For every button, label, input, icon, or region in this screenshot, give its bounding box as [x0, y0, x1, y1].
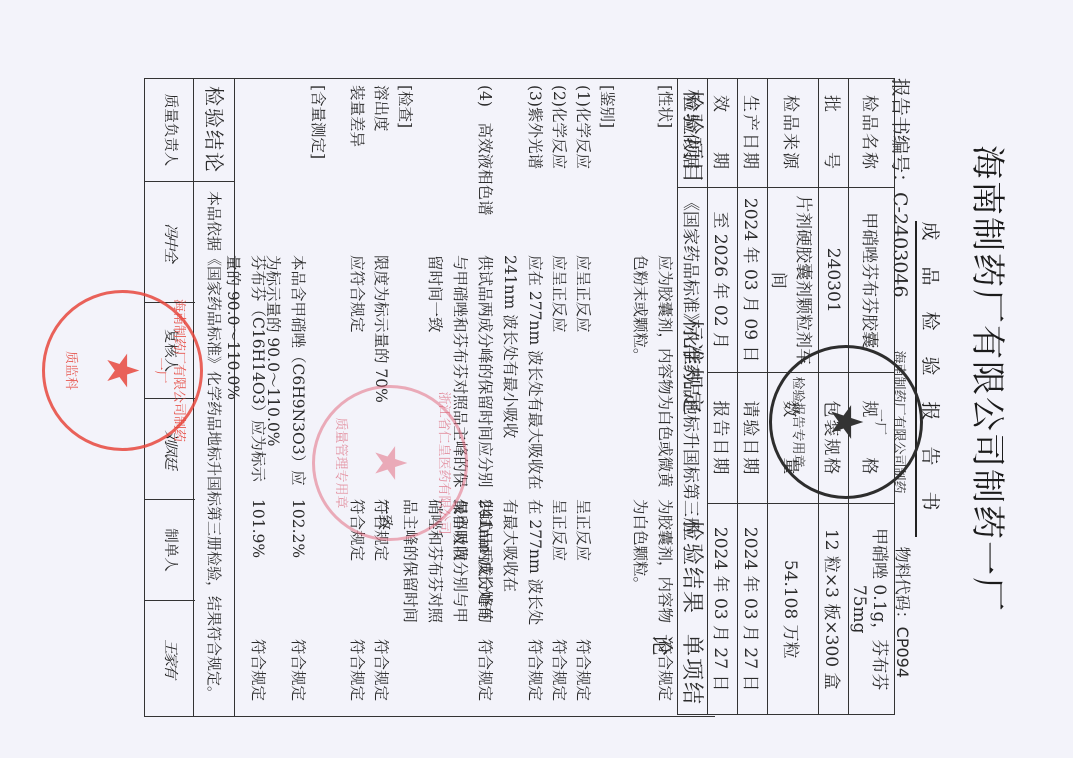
info-value-2: 12 粒×3 板×300 盒: [819, 504, 849, 715]
star-icon: ★: [97, 351, 148, 390]
qc-department-seal-red: 海南制药厂有限公司制药一厂 ★ 质监科: [42, 290, 203, 451]
item-conclusion: 符合规定: [245, 639, 270, 719]
seal-inner-text: 质量管理专用章: [333, 388, 352, 538]
item-conclusion: 符合规定: [546, 639, 571, 719]
test-items-section: 检验项目 标准规定 检验结果 单项结论 [性状] 应为胶囊剂，内容物为白色或微黄…: [235, 78, 715, 717]
info-value-2: 2024 年 03 月 27 日: [738, 504, 768, 715]
product-code-value: CP094: [893, 627, 912, 678]
info-label-2: 请验日期: [738, 373, 768, 504]
item-standard: 应为胶囊剂，内容物为白色或微黄色粉末或颗粒。: [627, 255, 677, 495]
item-conclusion: 符合规定: [368, 639, 393, 719]
header-test-item: 检验项目: [678, 89, 709, 185]
product-code: 物料代码：CP094: [892, 547, 915, 678]
info-label: 检品来源: [768, 79, 819, 188]
info-label: 检品名称: [849, 79, 895, 188]
star-icon: ★: [821, 402, 872, 441]
item-standard: 应在 277nm 波长处有最大吸收在 241nm 波长处有最小吸收: [497, 255, 547, 495]
inspection-seal-black: 海南制药厂有限公司制药一厂 ★ 检验报告专用章: [769, 345, 923, 499]
quality-head-label: 质量负责人: [145, 79, 195, 182]
item-result: 102.2%: [285, 499, 310, 629]
seal-text: 海南制药厂有限公司制药一厂: [872, 348, 910, 496]
item-conclusion: 符合规定: [570, 639, 595, 719]
item-conclusion: 符合规定: [472, 639, 497, 719]
conclusion-label: 检验结论: [194, 79, 234, 182]
item-standard: 应呈正反应: [546, 255, 571, 495]
seal-text: 海南制药厂有限公司制药一厂: [152, 293, 190, 448]
inspection-report-page: 海南制药厂有限公司制药一厂 成品检验报告书 报告书编号：C-2403046 物料…: [0, 0, 1073, 758]
info-row: 生产日期 2024 年 03 月 09 日 请验日期 2024 年 03 月 2…: [738, 79, 768, 715]
info-label: 生产日期: [738, 79, 768, 188]
item-label: 装量差异: [344, 85, 369, 255]
quality-seal-faint-red: 浙江省仁皇医药有限公司 ★ 质量管理专用章: [312, 385, 468, 541]
quality-head-signature: 冯中全: [145, 182, 195, 303]
header-standard: 标准规定: [678, 319, 709, 415]
document-subtitle: 成品检验报告书: [918, 0, 945, 758]
item-conclusion: 符合规定: [652, 639, 677, 719]
item-conclusion: 符合规定: [285, 639, 310, 719]
item-label: [性状]: [652, 85, 677, 255]
item-label: (3)紫外光谱: [522, 85, 547, 255]
section-label-identification: [鉴别]: [594, 85, 619, 255]
info-value: 2024 年 03 月 09 日: [738, 188, 768, 373]
conclusion-row: 检验结论 本品依据《国家药品标准》化学药品地标升国标第三册检验，结果符合规定。: [193, 78, 235, 717]
seal-inner-text: 检验报告专用章: [790, 348, 809, 496]
star-icon: ★: [365, 443, 416, 482]
item-result: 呈正反应: [546, 499, 571, 629]
seal-text: 浙江省仁皇医药有限公司: [436, 388, 455, 538]
conclusion-text: 本品依据《国家药品标准》化学药品地标升国标第三册检验，结果符合规定。: [194, 191, 234, 701]
item-label: (4) 高效液相色谱: [472, 85, 497, 255]
preparer-signature: 王家有: [145, 601, 195, 715]
section-label-assay: [含量测定]: [305, 85, 330, 255]
item-result: 为胶囊剂，内容物为白色颗粒。: [627, 499, 677, 629]
item-label: 溶出度: [368, 85, 393, 255]
info-value: 片剂硬胶囊剂颗粒剂车间: [768, 188, 819, 373]
section-label-inspection: [检查]: [392, 85, 417, 255]
item-conclusion: 符合规定: [344, 639, 369, 719]
seal-inner-text: 质监科: [63, 293, 82, 448]
info-value-2: 甲硝唑 0.1g，芬布芬 75mg: [849, 504, 895, 715]
item-label: (1)化学反应: [570, 85, 595, 255]
info-label: 批 号: [819, 79, 849, 188]
item-result: 101.9%: [245, 499, 270, 629]
item-standard: 应呈正反应: [570, 255, 595, 495]
item-result: 呈正反应: [570, 499, 595, 629]
info-value-2: 54.108 万粒: [768, 504, 819, 715]
company-title: 海南制药厂有限公司制药一厂: [966, 0, 1015, 758]
product-code-label: 物料代码：: [893, 547, 912, 627]
item-conclusion: 符合规定: [522, 639, 547, 719]
item-label: (2)化学反应: [546, 85, 571, 255]
preparer-label: 制单人: [145, 500, 195, 601]
header-result: 检验结果: [678, 519, 709, 615]
